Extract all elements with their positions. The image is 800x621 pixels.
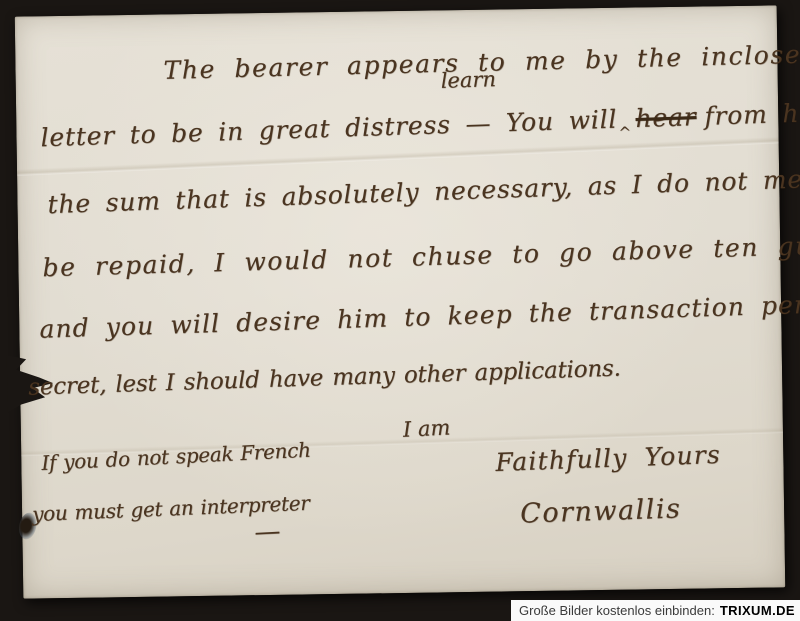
letter-line-2-before: letter to be in great distress — You wil… bbox=[40, 105, 617, 153]
letter-paper: The bearer appears to me by the inclosed… bbox=[15, 5, 786, 598]
caret-mark: ^ bbox=[618, 125, 632, 140]
closing-i-am: I am bbox=[402, 417, 450, 440]
letter-line-5: and you will desire him to keep the tran… bbox=[39, 289, 800, 341]
watermark-text: Große Bilder kostenlos einbinden: bbox=[519, 603, 715, 618]
inserted-word: learn bbox=[440, 69, 496, 92]
postscript-line-1: If you do not speak French bbox=[41, 440, 311, 473]
signature: Cornwallis bbox=[520, 495, 682, 527]
watermark-brand: TRIXUM.DE bbox=[720, 603, 795, 618]
struck-word: hear bbox=[635, 102, 697, 133]
closing-faithfully: Faithfully Yours bbox=[495, 442, 721, 475]
letter-photo: The bearer appears to me by the inclosed… bbox=[0, 0, 800, 621]
postscript-dash: — bbox=[254, 518, 281, 545]
letter-line-4: be repaid, I would not chuse to go above… bbox=[42, 231, 800, 281]
letter-line-6: secret, lest I should have many other ap… bbox=[28, 358, 621, 400]
letter-line-2: letter to be in great distress — You wil… bbox=[40, 100, 800, 151]
letter-line-2-after: from him bbox=[704, 98, 800, 131]
watermark-bar: Große Bilder kostenlos einbinden: TRIXUM… bbox=[511, 600, 800, 621]
letter-line-3: the sum that is absolutely necessary, as… bbox=[47, 164, 800, 217]
